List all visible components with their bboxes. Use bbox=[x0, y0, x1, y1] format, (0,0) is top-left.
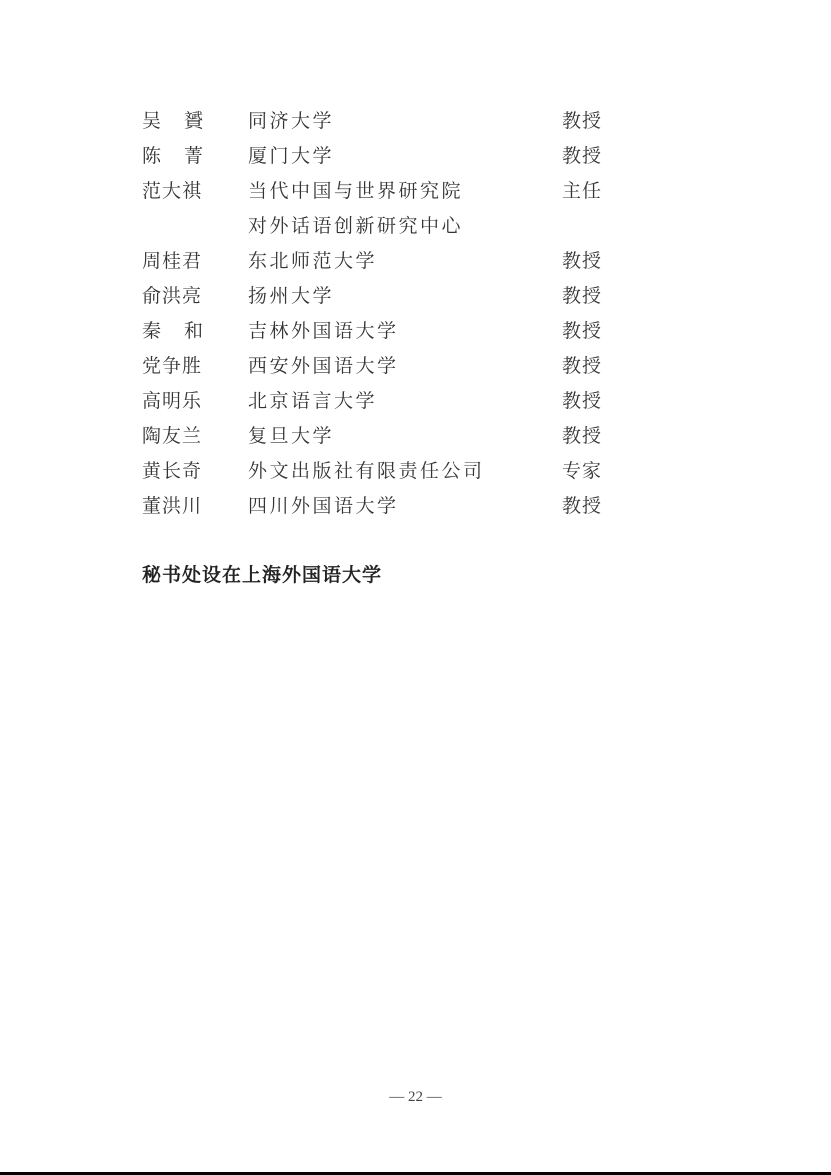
member-organization: 北京语言大学 bbox=[248, 384, 377, 419]
member-title: 教授 bbox=[562, 349, 602, 384]
member-organization: 吉林外国语大学 bbox=[248, 314, 399, 349]
secretariat-note: 秘书处设在上海外国语大学 bbox=[142, 558, 382, 593]
member-organization: 扬州大学 bbox=[248, 279, 334, 314]
member-organization: 对外话语创新研究中心 bbox=[248, 209, 463, 244]
member-name: 范大祺 bbox=[142, 174, 208, 209]
member-title: 专家 bbox=[562, 454, 602, 489]
member-name: 陈 菁 bbox=[142, 139, 204, 174]
page-number: — 22 — bbox=[0, 1089, 831, 1106]
member-organization: 外文出版社有限责任公司 bbox=[248, 454, 485, 489]
roster-row: 范大祺 当代中国与世界研究院 主任 bbox=[142, 174, 622, 209]
member-title: 教授 bbox=[562, 279, 602, 314]
name-char: 秦 bbox=[142, 314, 162, 349]
roster-row: 吴 贇 同济大学 教授 bbox=[142, 104, 622, 139]
member-name: 黄长奇 bbox=[142, 454, 208, 489]
member-title: 教授 bbox=[562, 314, 602, 349]
member-title: 主任 bbox=[562, 174, 602, 209]
member-organization: 东北师范大学 bbox=[248, 244, 377, 279]
roster-row-continuation: 对外话语创新研究中心 bbox=[142, 209, 622, 244]
roster-row: 周桂君 东北师范大学 教授 bbox=[142, 244, 622, 279]
member-title: 教授 bbox=[562, 139, 602, 174]
name-char: 和 bbox=[184, 314, 204, 349]
name-char: 吴 bbox=[142, 104, 162, 139]
member-organization: 复旦大学 bbox=[248, 419, 334, 454]
member-organization: 西安外国语大学 bbox=[248, 349, 399, 384]
name-char: 贇 bbox=[184, 104, 204, 139]
member-name: 党争胜 bbox=[142, 349, 208, 384]
member-name: 周桂君 bbox=[142, 244, 208, 279]
document-page: 吴 贇 同济大学 教授 陈 菁 厦门大学 教授 范大祺 当代中国与世界研究院 主… bbox=[0, 0, 831, 1175]
roster-row: 黄长奇 外文出版社有限责任公司 专家 bbox=[142, 454, 622, 489]
roster-row: 秦 和 吉林外国语大学 教授 bbox=[142, 314, 622, 349]
member-name: 陶友兰 bbox=[142, 419, 208, 454]
name-char: 菁 bbox=[184, 139, 204, 174]
member-name: 高明乐 bbox=[142, 384, 208, 419]
member-title: 教授 bbox=[562, 489, 602, 524]
member-name: 董洪川 bbox=[142, 489, 208, 524]
member-title: 教授 bbox=[562, 104, 602, 139]
roster-row: 俞洪亮 扬州大学 教授 bbox=[142, 279, 622, 314]
roster-row: 陈 菁 厦门大学 教授 bbox=[142, 139, 622, 174]
member-organization: 同济大学 bbox=[248, 104, 334, 139]
member-name: 秦 和 bbox=[142, 314, 204, 349]
member-title: 教授 bbox=[562, 419, 602, 454]
member-name: 俞洪亮 bbox=[142, 279, 208, 314]
roster-row: 陶友兰 复旦大学 教授 bbox=[142, 419, 622, 454]
roster-row: 董洪川 四川外国语大学 教授 bbox=[142, 489, 622, 524]
member-title: 教授 bbox=[562, 384, 602, 419]
member-organization: 四川外国语大学 bbox=[248, 489, 399, 524]
roster-row: 党争胜 西安外国语大学 教授 bbox=[142, 349, 622, 384]
name-char: 陈 bbox=[142, 139, 162, 174]
member-roster: 吴 贇 同济大学 教授 陈 菁 厦门大学 教授 范大祺 当代中国与世界研究院 主… bbox=[142, 104, 622, 524]
member-organization: 当代中国与世界研究院 bbox=[248, 174, 463, 209]
member-name: 吴 贇 bbox=[142, 104, 204, 139]
roster-row: 高明乐 北京语言大学 教授 bbox=[142, 384, 622, 419]
member-organization: 厦门大学 bbox=[248, 139, 334, 174]
member-title: 教授 bbox=[562, 244, 602, 279]
